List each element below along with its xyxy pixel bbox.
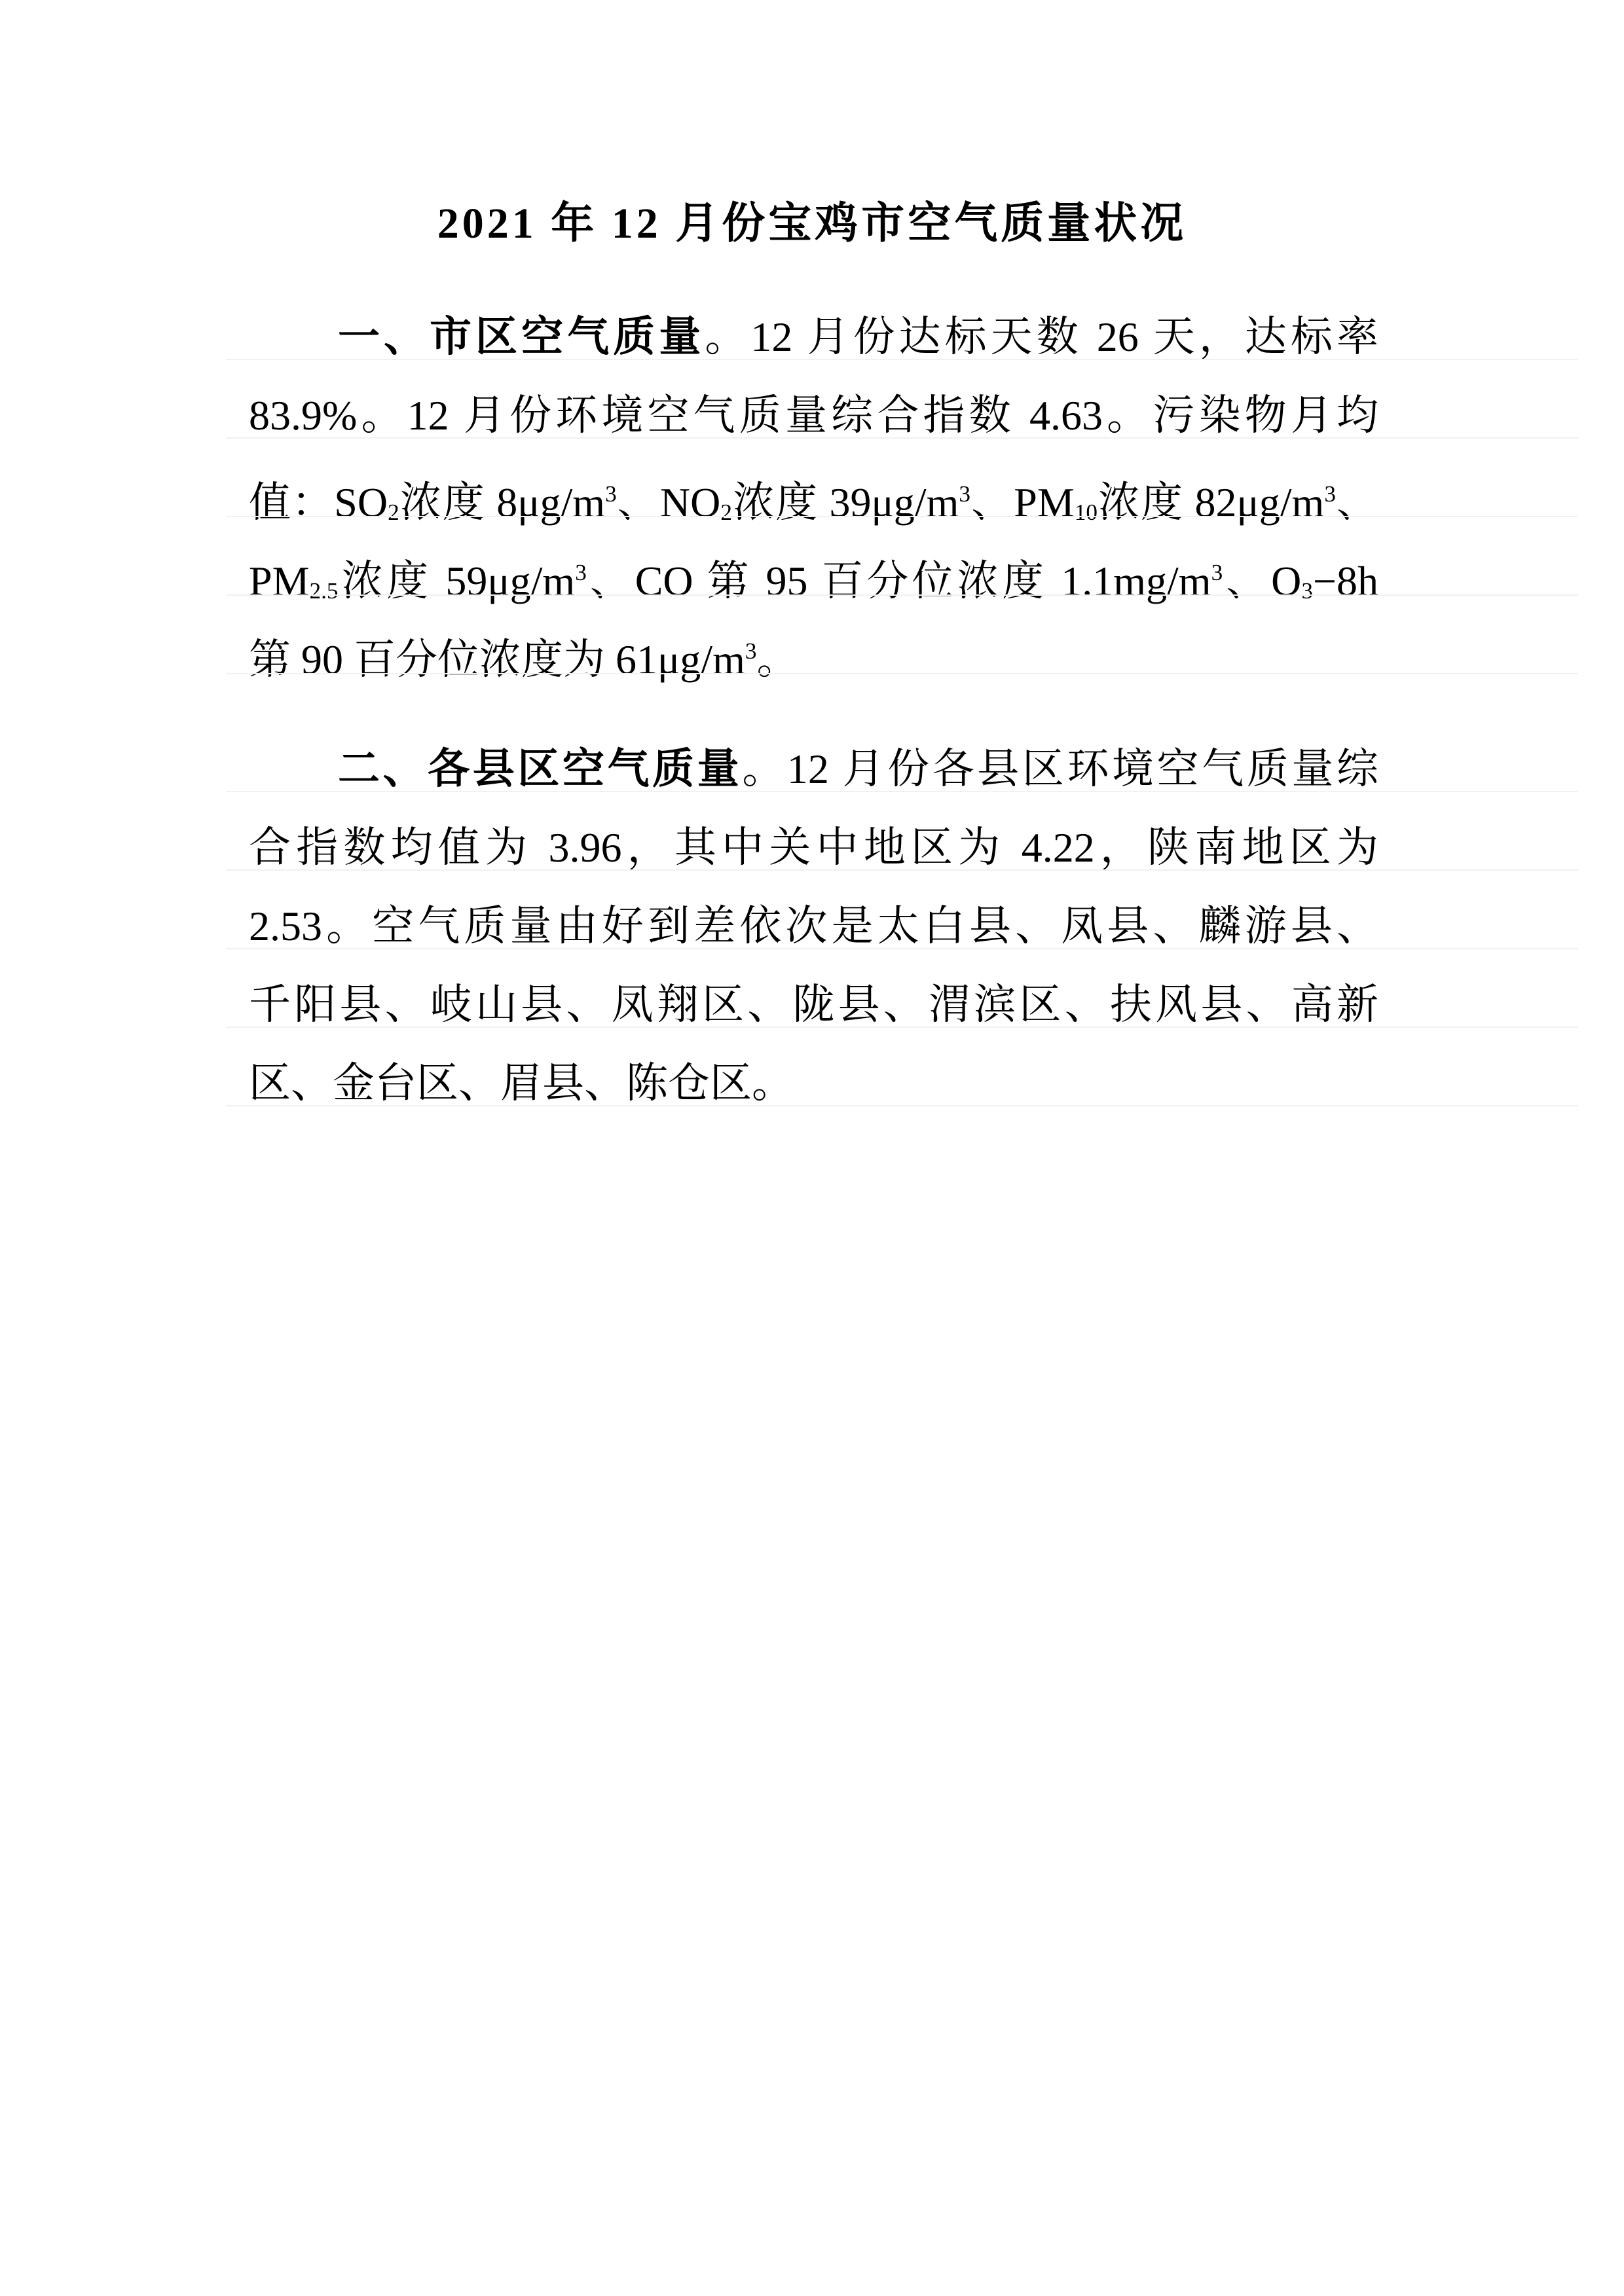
text-segment: 3 (1301, 578, 1313, 604)
text-segment: 83.9%。12 月份环境空气质量综合指数 4.63。污染物月均 (249, 392, 1378, 439)
text-line: 2.53。空气质量由好到差依次是太白县、凤县、麟游县、 (249, 887, 1378, 966)
document-title: 2021 年 12 月份宝鸡市空气质量状况 (0, 192, 1624, 255)
text-segment: 浓度 8μg/m (399, 479, 605, 526)
text-segment: 2 (388, 500, 399, 525)
text-segment: 3 (1324, 481, 1336, 507)
text-line: 值：SO2浓度 8μg/m3、NO2浓度 39μg/m3、PM10浓度 82μg… (249, 455, 1378, 534)
text-segment: 、NO (617, 479, 721, 526)
text-segment: 3 (959, 481, 970, 507)
text-segment: 2 (720, 500, 732, 525)
text-segment: 2.53。空气质量由好到差依次是太白县、凤县、麟游县、 (249, 903, 1378, 949)
document-body: 一、市区空气质量。12 月份达标天数 26 天，达标率83.9%。12 月份环境… (249, 298, 1378, 1123)
text-line: 第 90 百分位浓度为 61μg/m3。 (249, 612, 1378, 691)
paragraph-lead: 一、市区空气质量 (338, 313, 705, 361)
text-segment: 浓度 39μg/m (732, 479, 959, 526)
text-segment: 10 (1075, 500, 1098, 525)
text-line: 合指数均值为 3.96，其中关中地区为 4.22，陕南地区为 (249, 809, 1378, 887)
paragraph-urban-air-quality: 一、市区空气质量。12 月份达标天数 26 天，达标率83.9%。12 月份环境… (249, 298, 1378, 691)
paragraph-lead: 二、各县区空气质量 (338, 745, 742, 793)
text-segment: 。 (756, 636, 798, 683)
text-segment: 合指数均值为 3.96，其中关中地区为 4.22，陕南地区为 (249, 824, 1378, 871)
text-segment: 、PM (970, 479, 1075, 526)
text-segment: 3 (575, 560, 587, 585)
text-line: PM2.5浓度 59μg/m3、CO 第 95 百分位浓度 1.1mg/m3、O… (249, 534, 1378, 612)
paragraph-county-air-quality: 二、各县区空气质量。12 月份各县区环境空气质量综合指数均值为 3.96，其中关… (249, 730, 1378, 1123)
text-line: 千阳县、岐山县、凤翔区、陇县、渭滨区、扶风县、高新 (249, 966, 1378, 1044)
text-segment: 浓度 82μg/m (1098, 479, 1324, 526)
text-segment: 。12 月份达标天数 26 天，达标率 (705, 314, 1378, 360)
text-segment: −8h (1313, 558, 1378, 604)
text-segment: 。12 月份各县区环境空气质量综 (742, 746, 1378, 792)
text-line: 83.9%。12 月份环境空气质量综合指数 4.63。污染物月均 (249, 376, 1378, 455)
text-line: 二、各县区空气质量。12 月份各县区环境空气质量综 (249, 730, 1378, 809)
text-segment: 浓度 59μg/m (338, 558, 575, 604)
text-segment: 千阳县、岐山县、凤翔区、陇县、渭滨区、扶风县、高新 (249, 981, 1378, 1028)
text-segment: 、 (1336, 479, 1378, 526)
text-segment: 值：SO (249, 479, 388, 526)
text-segment: 第 90 百分位浓度为 61μg/m (249, 636, 745, 683)
text-segment: 区、金台区、眉县、陈仓区。 (249, 1060, 794, 1106)
text-segment: 3 (745, 638, 757, 664)
text-line: 一、市区空气质量。12 月份达标天数 26 天，达标率 (249, 298, 1378, 376)
document-page: 2021 年 12 月份宝鸡市空气质量状况 一、市区空气质量。12 月份达标天数… (0, 0, 1624, 2296)
text-segment: PM (249, 558, 310, 604)
text-segment: 、CO 第 95 百分位浓度 1.1mg/m (587, 558, 1211, 604)
text-segment: 3 (1211, 560, 1223, 585)
text-segment: 3 (605, 481, 617, 507)
text-segment: 2.5 (310, 578, 339, 604)
text-line: 区、金台区、眉县、陈仓区。 (249, 1044, 1378, 1123)
text-segment: 、O (1223, 558, 1301, 604)
